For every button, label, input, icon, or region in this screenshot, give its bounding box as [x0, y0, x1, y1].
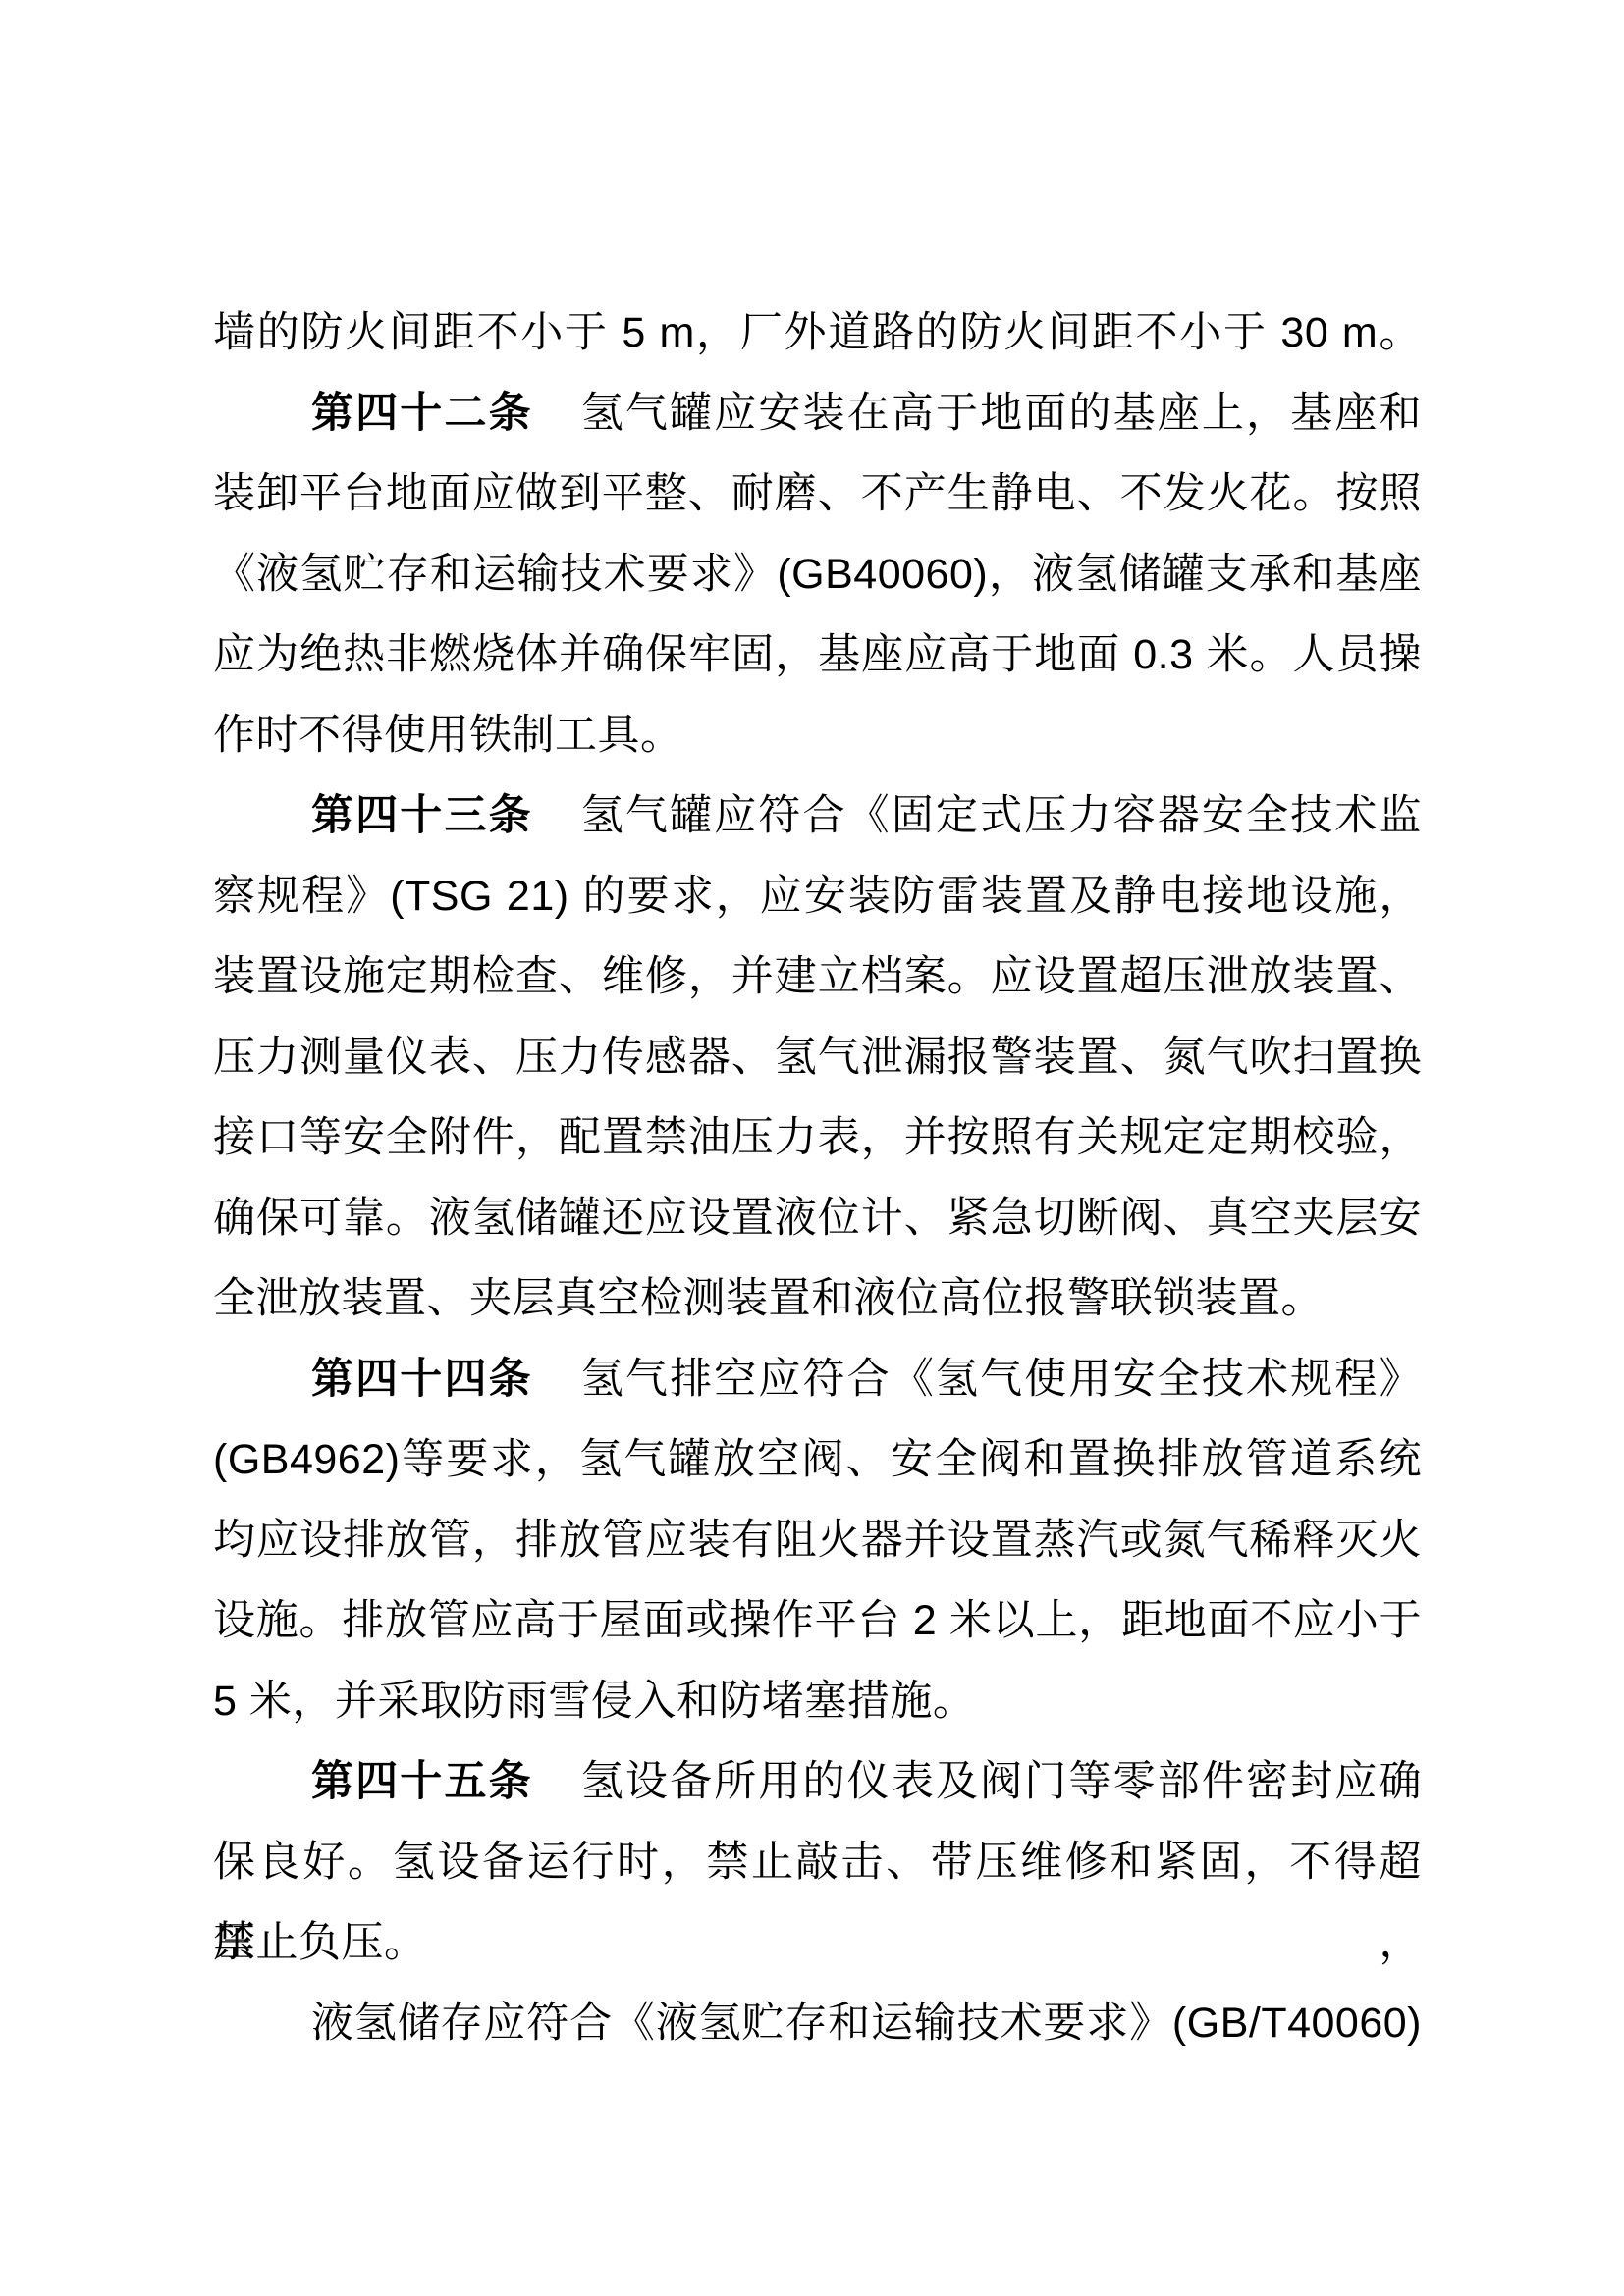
text-line: 压力测量仪表、压力传感器、氢气泄漏报警装置、氮气吹扫置换 [213, 1017, 1422, 1097]
text-line: 均应设排放管，排放管应装有阻火器并设置蒸汽或氮气稀释灭火 [213, 1500, 1422, 1580]
text-line: 察规程》(TSG 21) 的要求，应安装防雷装置及静电接地设施， [213, 856, 1422, 936]
article-heading: 第四十五条 [311, 1758, 533, 1805]
text-segment: 接口等安全附件，配置禁油压力表，并按照有关规定定期校验， [213, 1114, 1422, 1161]
text-segment: 全泄放装置、夹层真空检测装置和液位高位报警联锁装置。 [213, 1275, 1324, 1322]
text-line: (GB4962)等要求，氢气罐放空阀、安全阀和置换排放管道系统 [213, 1419, 1422, 1500]
text-segment: 察规程》(TSG 21) 的要求，应安装防雷装置及静电接地设施， [213, 873, 1422, 920]
text-line: 装卸平台地面应做到平整、耐磨、不产生静电、不发火花。按照 [213, 454, 1422, 534]
article-heading: 第四十三条 [311, 792, 533, 839]
text-line: 作时不得使用铁制工具。 [213, 695, 1422, 775]
text-segment: 禁止负压。 [213, 1919, 427, 1966]
text-line: 《液氢贮存和运输技术要求》(GB40060)，液氢储罐支承和基座 [213, 534, 1422, 614]
text-line: 第四十四条氢气排空应符合《氢气使用安全技术规程》 [213, 1339, 1422, 1419]
text-line: 5 米，并采取防雨雪侵入和防堵塞措施。 [213, 1661, 1422, 1741]
text-line: 全泄放装置、夹层真空检测装置和液位高位报警联锁装置。 [213, 1258, 1422, 1339]
text-segment: 作时不得使用铁制工具。 [213, 712, 683, 759]
document-page: 墙的防火间距不小于 5 m，厂外道路的防火间距不小于 30 m。第四十二条氢气罐… [0, 0, 1624, 2296]
text-line: 应为绝热非燃烧体并确保牢固，基座应高于地面 0.3 米。人员操 [213, 614, 1422, 695]
text-line: 第四十二条氢气罐应安装在高于地面的基座上，基座和 [213, 373, 1422, 454]
text-segment: 压力测量仪表、压力传感器、氢气泄漏报警装置、氮气吹扫置换 [213, 1034, 1422, 1081]
text-segment: 墙的防火间距不小于 5 m，厂外道路的防火间距不小于 30 m。 [213, 309, 1422, 356]
text-segment: 氢气排空应符合《氢气使用安全技术规程》 [581, 1356, 1422, 1403]
text-segment: (GB4962)等要求，氢气罐放空阀、安全阀和置换排放管道系统 [213, 1436, 1422, 1483]
text-line: 保良好。氢设备运行时，禁止敲击、带压维修和紧固，不得超压， [213, 1822, 1422, 1902]
text-segment: 氢气罐应安装在高于地面的基座上，基座和 [581, 390, 1422, 437]
text-segment: 氢气罐应符合《固定式压力容器安全技术监 [581, 792, 1422, 839]
text-segment: 确保可靠。液氢储罐还应设置液位计、紧急切断阀、真空夹层安 [213, 1195, 1422, 1242]
text-line: 第四十五条氢设备所用的仪表及阀门等零部件密封应确 [213, 1741, 1422, 1822]
text-line: 墙的防火间距不小于 5 m，厂外道路的防火间距不小于 30 m。 [213, 293, 1422, 373]
text-line: 确保可靠。液氢储罐还应设置液位计、紧急切断阀、真空夹层安 [213, 1178, 1422, 1258]
text-line: 第四十三条氢气罐应符合《固定式压力容器安全技术监 [213, 775, 1422, 856]
text-lines: 墙的防火间距不小于 5 m，厂外道路的防火间距不小于 30 m。第四十二条氢气罐… [213, 293, 1422, 2063]
text-segment: 5 米，并采取防雨雪侵入和防堵塞措施。 [213, 1678, 975, 1725]
text-segment: 装卸平台地面应做到平整、耐磨、不产生静电、不发火花。按照 [213, 470, 1422, 517]
text-segment: 均应设排放管，排放管应装有阻火器并设置蒸汽或氮气稀释灭火 [213, 1517, 1422, 1564]
text-segment: 设施。排放管应高于屋面或操作平台 2 米以上，距地面不应小于 [213, 1597, 1422, 1644]
text-line: 设施。排放管应高于屋面或操作平台 2 米以上，距地面不应小于 [213, 1580, 1422, 1661]
text-segment: 氢设备所用的仪表及阀门等零部件密封应确 [581, 1758, 1422, 1805]
text-line: 液氢储存应符合《液氢贮存和运输技术要求》(GB/T40060) [213, 1983, 1422, 2063]
article-heading: 第四十二条 [311, 390, 533, 437]
text-line: 装置设施定期检查、维修，并建立档案。应设置超压泄放装置、 [213, 936, 1422, 1017]
text-segment: 装置设施定期检查、维修，并建立档案。应设置超压泄放装置、 [213, 953, 1422, 1000]
text-segment: 《液氢贮存和运输技术要求》(GB40060)，液氢储罐支承和基座 [213, 551, 1422, 598]
text-line: 接口等安全附件，配置禁油压力表，并按照有关规定定期校验， [213, 1097, 1422, 1178]
text-segment: 应为绝热非燃烧体并确保牢固，基座应高于地面 0.3 米。人员操 [213, 631, 1422, 678]
text-segment: 液氢储存应符合《液氢贮存和运输技术要求》(GB/T40060) [311, 2000, 1422, 2047]
article-heading: 第四十四条 [311, 1356, 533, 1403]
